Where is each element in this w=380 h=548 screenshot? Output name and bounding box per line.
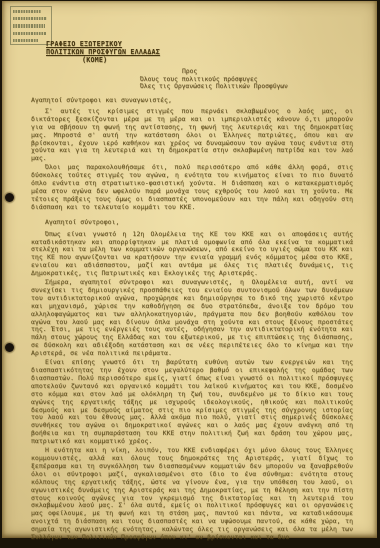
paragraph-6: Η ενότητα και η νίκη, λοιπόν, του ΚΚΕ εν… [31,447,353,542]
letter-body: Αγαπητοί σύντροφοι και συναγωνιστές, Σ' … [31,97,353,543]
hole-punch-bottom [5,343,14,352]
salutation: Αγαπητοί σύντροφοι και συναγωνιστές, [31,97,353,105]
paragraph-4: Σήμερα, αγαπητοί σύντροφοι και συναγωνισ… [31,279,353,358]
letterhead: ΓΡΑΦΕΙΟ ΕΞΩΤΕΡΙΚΟΥ ΠΟΛΙΤΙΚΩΝ ΠΡΟΣΦΥΓΩΝ Ε… [46,40,160,65]
scanned-document-page: ΓΡΑΦΕΙΟ ΕΞΩΤΕΡΙΚΟΥ ΠΟΛΙΤΙΚΩΝ ΠΡΟΣΦΥΓΩΝ Ε… [0,0,380,548]
paragraph-5: Είναι επίσης γνωστό ότι τη βαρύτατη ευθύ… [31,359,353,446]
stamp-text-line [13,17,47,20]
letterhead-line-2: ΠΟΛΙΤΙΚΩΝ ΠΡΟΣΦΥΓΩΝ ΕΛΛΑΔΑΣ [46,48,160,56]
subheading: Αγαπητοί σύντροφοι, [31,219,353,227]
stamp-text-line [13,32,46,35]
paragraph-3: Όπως είναι γνωστό η 12η Ολομέλεια της ΚΕ… [31,231,353,278]
paragraph-2: Όλοι μας παρακολουθήσαμε ότι, πολύ περισ… [31,164,353,211]
paragraph-1: Σ' αυτές τις κρίσιμες στιγμές που περνάε… [31,108,353,163]
paper-sheet: ΓΡΑΦΕΙΟ ΕΞΩΤΕΡΙΚΟΥ ΠΟΛΙΤΙΚΩΝ ΠΡΟΣΦΥΓΩΝ Ε… [2,1,377,538]
letterhead-line-1: ΓΡΑΦΕΙΟ ΕΞΩΤΕΡΙΚΟΥ [46,40,160,48]
hole-punch-top [5,193,14,202]
addressee-line-1: Όλους τους πολιτικούς πρόσφυγες [140,76,288,84]
addressee-block: Προς Όλους τους πολιτικούς πρόσφυγες Όλε… [140,68,288,91]
stamp-text-line [13,24,45,27]
letterhead-acronym: (ΚΟΜΕ) [82,56,160,64]
addressee-to: Προς [182,68,288,76]
addressee-line-2: Όλες τις Οργανώσεις Πολιτικών Προσφύγων [140,83,288,91]
stamp-text-line [13,10,41,13]
stamp-text-line [13,39,38,42]
